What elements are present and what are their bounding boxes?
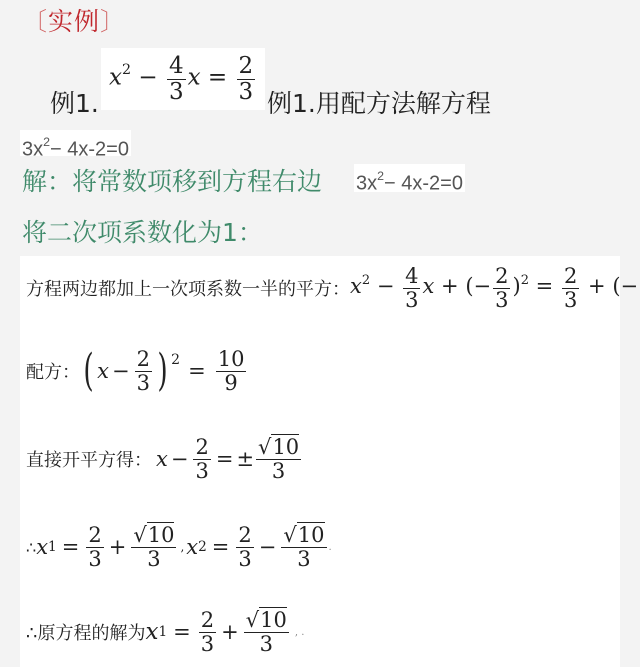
equation-line: 3x2− 4x-2=0	[20, 130, 131, 156]
step-roots-equation: ∴ x1 = 23 + √103 , x2 = 23 − √103 .	[26, 524, 332, 569]
step-complete-square: 配方： ( x − 23 )2 = 109	[26, 340, 248, 402]
fraction: 23	[237, 54, 256, 103]
example-equation-image: x2 − 43x = 23	[101, 48, 265, 110]
example-equation: x2 − 43x = 23	[109, 54, 257, 103]
step-final-solution-equation: x1 = 23 + √103 , .	[145, 609, 304, 654]
example-title: 例1.用配方法解方程	[267, 84, 491, 120]
solution-step-2: 将二次项系数化为1：	[22, 213, 263, 249]
heading-close-bracket: 〕	[100, 7, 126, 36]
solution-step-1-equation: 3x2− 4x-2=0	[354, 164, 465, 192]
heading-open-bracket: 〔	[22, 7, 48, 36]
step-complete-square-equation: ( x − 23 )2 = 109	[80, 348, 248, 393]
example-label: 例1.	[50, 84, 99, 120]
step-roots: ∴ x1 = 23 + √103 , x2 = 23 − √103 .	[26, 514, 332, 580]
step-square-root: 直接开平方得： x − 23 = ± √103	[26, 426, 303, 492]
heading-text: 实例	[48, 7, 100, 36]
step-add-square-equation: x2 − 43x + (−23)2 = 23 + (−23)2	[350, 265, 640, 310]
solution-panel: 方程两边都加上一次项系数一半的平方： x2 − 43x + (−23)2 = 2…	[20, 256, 620, 667]
solution-step-1: 解：将常数项移到方程右边	[22, 162, 322, 198]
section-heading: 〔实例〕	[22, 2, 126, 38]
step-final-solution: ∴原方程的解为 x1 = 23 + √103 , .	[26, 599, 304, 665]
step-add-square: 方程两边都加上一次项系数一半的平方： x2 − 43x + (−23)2 = 2…	[26, 260, 640, 316]
fraction: 43	[167, 54, 186, 103]
step-square-root-equation: x − 23 = ± √103	[152, 436, 303, 481]
